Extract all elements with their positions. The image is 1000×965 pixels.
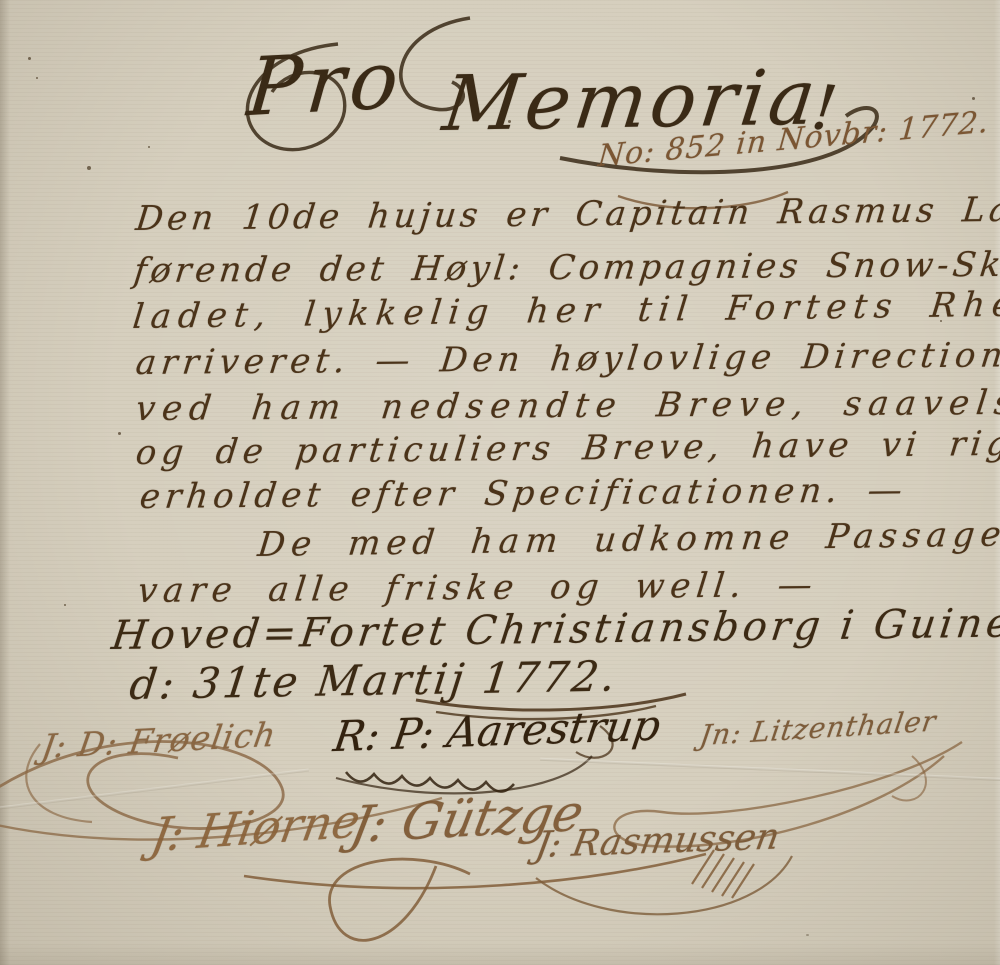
body-line: De med ham udkomne Passagers: [256, 517, 1000, 562]
flourish-litzenthaler-loop: [892, 756, 926, 800]
body-line: ladet, lykkelig her til Fortets Rhed: [131, 287, 1000, 334]
fold-crease: [540, 758, 1000, 781]
signature-aarestrup: R: P: Aarestrup: [331, 705, 663, 759]
signature-hiorne: J: Hiørne: [148, 797, 364, 858]
signature-rasmussen: J: Rasmussen: [533, 819, 782, 864]
body-line: ved ham nedsendte Breve, saavelsom: [134, 385, 1000, 426]
body-line: vare alle friske og well. —: [136, 568, 820, 608]
flourish-rasmussen-oval: [536, 856, 792, 914]
body-line: og de particuliers Breve, have vi rigtig: [134, 426, 1000, 470]
body-line: Den 10de hujus er Capitain Rasmus Larsen: [134, 192, 1000, 236]
signature-froelich: J: D: Frøelich: [39, 718, 278, 764]
body-line: arriveret. — Den høylovlige Directions: [134, 338, 1000, 380]
manuscript-page: Pro Memoria ! No: 852 in Novbr: 1772. De…: [0, 0, 1000, 965]
dateline-date: d: 31te Martij 1772.: [127, 655, 620, 706]
body-line: erholdet efter Specificationen. —: [138, 473, 909, 514]
title-word-pro: Pro: [244, 40, 406, 129]
signature-litzenthaler: Jn: Litzenthaler: [698, 707, 938, 750]
body-line: førende det Høyl: Compagnies Snow-Skib A…: [132, 247, 1000, 288]
flourish-gutzge-descender: [330, 859, 470, 940]
dateline-place: Hoved=Fortet Christiansborg i Guinea: [109, 603, 1000, 656]
